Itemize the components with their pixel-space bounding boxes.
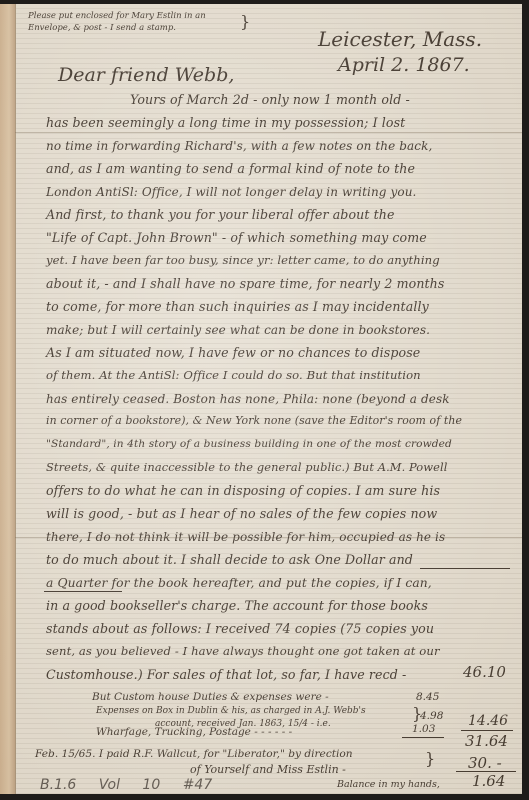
- expenses-total: 14.46: [468, 714, 508, 728]
- body-line: of them. At the AntiSl: Office I could d…: [46, 370, 421, 382]
- place: Leicester, Mass.: [318, 29, 482, 49]
- binding-strip: [0, 4, 16, 794]
- body-line: a Quarter for the book hereafter, and pu…: [46, 577, 432, 589]
- letter-page: Please put enclosed for Mary Estlin in a…: [0, 4, 522, 794]
- archive-catalog-mark: B.1.6 Vol 10 #47: [40, 777, 212, 793]
- balance-label: Balance in my hands,: [337, 780, 440, 790]
- balance-amount: 1.64: [472, 774, 505, 789]
- body-line: "Life of Capt. John Brown" - of which so…: [46, 232, 427, 245]
- postscript-note-line: Please put enclosed for Mary Estlin in a…: [28, 12, 206, 21]
- body-line: "Standard", in 4th story of a business b…: [46, 439, 452, 450]
- body-line: about it, - and I shall have no spare ti…: [46, 278, 444, 291]
- brace-mark: }: [425, 749, 435, 768]
- body-line: Customhouse.) For sales of that lot, so …: [46, 669, 406, 682]
- sum-rule: [402, 737, 444, 738]
- underline: [420, 568, 510, 569]
- body-line: has entirely ceased. Boston has none, Ph…: [46, 393, 450, 405]
- body-line: to do much about it. I shall decide to a…: [46, 554, 413, 567]
- body-line: offers to do what he can in disposing of…: [46, 485, 440, 498]
- payment-label: of Yourself and Miss Estlin -: [190, 764, 346, 775]
- body-line: in corner of a bookstore), & New York no…: [46, 416, 462, 427]
- body-line: in a good bookseller's charge. The accou…: [46, 600, 428, 613]
- body-line: no time in forwarding Richard's, with a …: [46, 140, 432, 152]
- date: April 2. 1867.: [338, 56, 470, 75]
- body-line: London AntiSl: Office, I will not longer…: [46, 186, 416, 198]
- body-line: Streets, & quite inaccessible to the gen…: [46, 462, 447, 473]
- expense-amount: 1.03: [412, 724, 435, 735]
- body-line: stands about as follows: I received 74 c…: [46, 623, 434, 636]
- body-line: sent, as you believed - I have always th…: [46, 646, 440, 658]
- expense-amount: 4.98: [420, 711, 443, 722]
- expense-label: Expenses on Box in Dublin & his, as char…: [96, 707, 366, 716]
- salutation: Dear friend Webb,: [58, 66, 234, 85]
- body-line: there, I do not think it will be possibl…: [46, 531, 445, 543]
- body-line: will is good, - but as I hear of no sale…: [46, 508, 437, 521]
- expense-amount: 8.45: [416, 692, 439, 703]
- sales-amount: 46.10: [463, 665, 506, 680]
- body-line: make; but I will certainly see what can …: [46, 324, 430, 336]
- expense-label: But Custom house Duties & expenses were …: [92, 692, 329, 703]
- body-line: As I am situated now, I have few or no c…: [46, 347, 420, 360]
- expense-label: Wharfage, Trucking, Postage - - - - - -: [96, 727, 292, 738]
- body-line: Yours of March 2d - only now 1 month old…: [130, 94, 410, 107]
- body-line: yet. I have been far too busy, since yr:…: [46, 255, 440, 267]
- body-line: And first, to thank you for your liberal…: [46, 209, 395, 222]
- body-line: and, as I am wanting to send a formal ki…: [46, 163, 415, 176]
- payment-amount: 30. -: [468, 756, 502, 771]
- fold-line: [15, 132, 522, 133]
- brace-mark: }: [240, 12, 250, 31]
- sum-rule: [461, 730, 513, 731]
- underline: [44, 591, 122, 592]
- body-line: has been seemingly a long time in my pos…: [46, 117, 405, 130]
- postscript-note-line: Envelope, & post - I send a stamp.: [28, 24, 176, 33]
- body-line: to come, for more than such inquiries as…: [46, 301, 429, 314]
- net-amount: 31.64: [465, 734, 508, 749]
- payment-label: Feb. 15/65. I paid R.F. Wallcut, for "Li…: [35, 749, 353, 760]
